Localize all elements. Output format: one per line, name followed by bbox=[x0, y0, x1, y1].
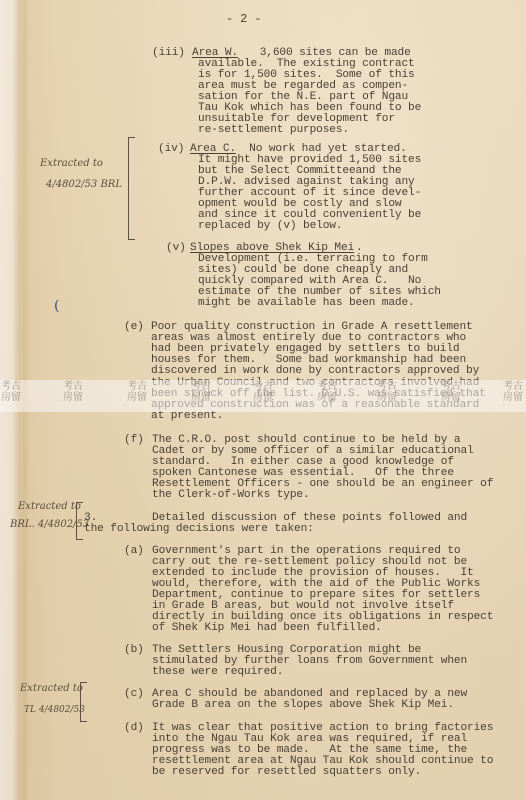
watermark-stamp: 考古 房留 bbox=[62, 381, 84, 403]
item-line: these were required. bbox=[152, 667, 283, 678]
watermark-stamp: 考古 房留 bbox=[376, 381, 398, 403]
item-label: (iv) bbox=[158, 144, 184, 155]
watermark-stamp: 考古 房留 bbox=[502, 381, 524, 403]
item-label: (e) bbox=[124, 322, 144, 333]
handwritten-annotation: Extracted to bbox=[40, 157, 103, 171]
paragraph-line: the following decisions were taken: bbox=[84, 524, 314, 535]
handwritten-annotation: TL 4/4802/53 bbox=[24, 703, 85, 717]
item-line: Grade B area on the slopes above Shek Ki… bbox=[152, 700, 454, 711]
item-line: might be available has been made. bbox=[198, 298, 415, 309]
item-line: the Clerk-of-Works type. bbox=[152, 490, 310, 501]
margin-bracket bbox=[76, 502, 83, 540]
item-label: (f) bbox=[124, 435, 144, 446]
watermark-stamp: 考古 房留 bbox=[252, 381, 274, 403]
watermark-stamp: 考古 房留 bbox=[126, 381, 148, 403]
item-line: of Shek Kip Mei had been fulfilled. bbox=[152, 623, 382, 634]
page-number: - 2 - bbox=[226, 14, 261, 25]
item-label: (b) bbox=[124, 645, 144, 656]
item-label: (iii) bbox=[152, 48, 185, 59]
item-label: (a) bbox=[124, 546, 144, 557]
watermark-stamp: 考古 房留 bbox=[440, 381, 462, 403]
item-line: discovered in work done by contractors a… bbox=[151, 366, 479, 377]
handwritten-annotation: Extracted to bbox=[20, 682, 83, 696]
item-line: replaced by (v) below. bbox=[198, 221, 342, 232]
item-line: at present. bbox=[151, 411, 223, 422]
item-label: (c) bbox=[124, 689, 144, 700]
item-label: (d) bbox=[124, 723, 144, 734]
handwritten-annotation: 4/4802/53 BRL bbox=[46, 178, 122, 192]
margin-pencil-mark: ( bbox=[54, 298, 59, 314]
margin-bracket bbox=[128, 137, 135, 240]
item-label: (v) bbox=[166, 243, 186, 254]
watermark-stamp: 考古 房留 bbox=[316, 381, 338, 403]
watermark-stamp: 考古 房留 bbox=[190, 381, 212, 403]
item-line: be reserved for resettled squatters only… bbox=[152, 767, 421, 778]
watermark-stamp: 考古 房留 bbox=[0, 381, 22, 403]
item-line: re-settlement purposes. bbox=[198, 125, 349, 136]
handwritten-annotation: Extracted to bbox=[18, 500, 81, 514]
margin-bracket bbox=[80, 682, 87, 722]
